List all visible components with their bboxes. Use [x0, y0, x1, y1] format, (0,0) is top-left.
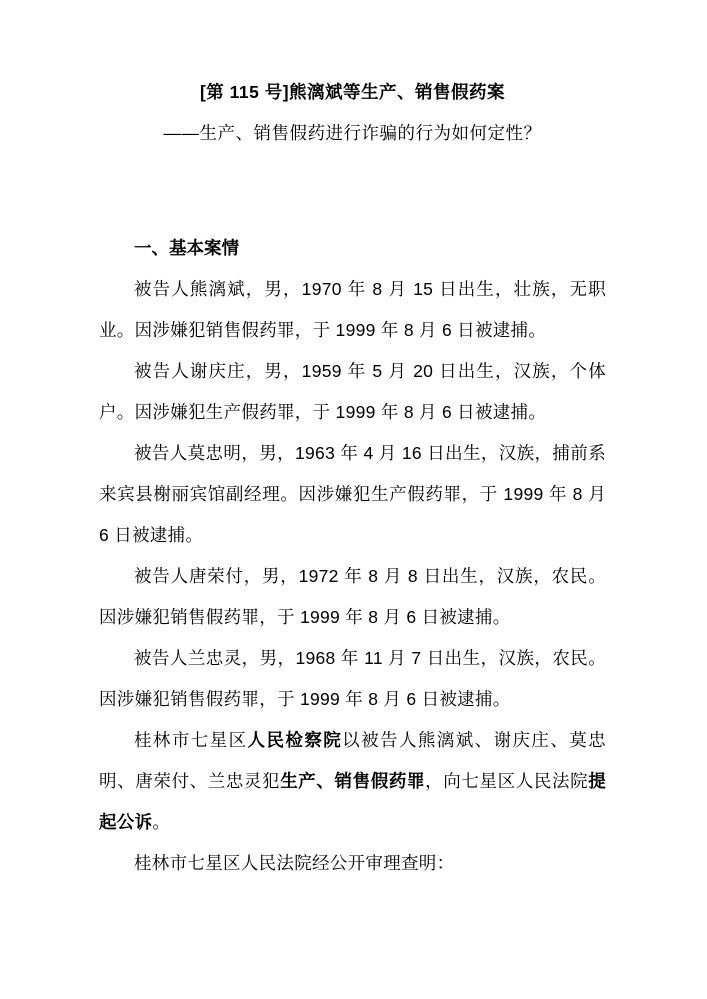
document-page: [第 115 号]熊漓斌等生产、销售假药案 ——生产、销售假药进行诈骗的行为如何…: [0, 0, 707, 999]
paragraph-text: 桂林市七星区人民法院经公开审理查明：: [134, 853, 454, 873]
case-title: [第 115 号]熊漓斌等生产、销售假药案: [99, 72, 606, 113]
paragraph-defendant-xie-qingzhuang: 被告人谢庆庄，男，1959 年 5 月 20 日出生，汉族，个体户。因涉嫌犯生产…: [99, 351, 606, 433]
paragraph-defendant-tang-rongfu: 被告人唐荣付，男，1972 年 8 月 8 日出生，汉族，农民。因涉嫌犯销售假药…: [99, 556, 606, 638]
case-subtitle: ——生产、销售假药进行诈骗的行为如何定性？: [99, 113, 606, 154]
paragraph-text: 被告人莫忠明，男，1963 年 4 月 16 日出生，汉族，捕前系来宾县榭丽宾馆…: [99, 443, 606, 545]
paragraph-text-bold: 生产、销售假药罪: [280, 771, 425, 791]
paragraph-text: 被告人唐荣付，男，1972 年 8 月 8 日出生，汉族，农民。因涉嫌犯销售假药…: [99, 566, 606, 627]
paragraph-prosecution: 桂林市七星区人民检察院以被告人熊漓斌、谢庆庄、莫忠明、唐荣付、兰忠灵犯生产、销售…: [99, 720, 606, 843]
paragraph-text: 被告人谢庆庄，男，1959 年 5 月 20 日出生，汉族，个体户。因涉嫌犯生产…: [99, 361, 606, 422]
paragraph-text: ，向七星区人民法院: [425, 771, 588, 791]
paragraph-court-trial-finding: 桂林市七星区人民法院经公开审理查明：: [99, 843, 606, 884]
paragraph-text: 被告人熊漓斌，男，1970 年 8 月 15 日出生，壮族，无职业。因涉嫌犯销售…: [99, 279, 606, 340]
paragraph-text: 。: [152, 812, 170, 832]
paragraph-text: 桂林市七星区: [134, 730, 248, 750]
paragraph-text-bold: 人民检察院: [248, 730, 343, 750]
section-heading-basic-facts: 一、基本案情: [99, 228, 606, 269]
paragraph-text: 被告人兰忠灵，男，1968 年 11 月 7 日出生，汉族，农民。因涉嫌犯销售假…: [99, 648, 606, 709]
paragraph-defendant-mo-zhongming: 被告人莫忠明，男，1963 年 4 月 16 日出生，汉族，捕前系来宾县榭丽宾馆…: [99, 433, 606, 556]
paragraph-defendant-lan-zhongling: 被告人兰忠灵，男，1968 年 11 月 7 日出生，汉族，农民。因涉嫌犯销售假…: [99, 638, 606, 720]
paragraph-defendant-xiong-libin: 被告人熊漓斌，男，1970 年 8 月 15 日出生，壮族，无职业。因涉嫌犯销售…: [99, 269, 606, 351]
